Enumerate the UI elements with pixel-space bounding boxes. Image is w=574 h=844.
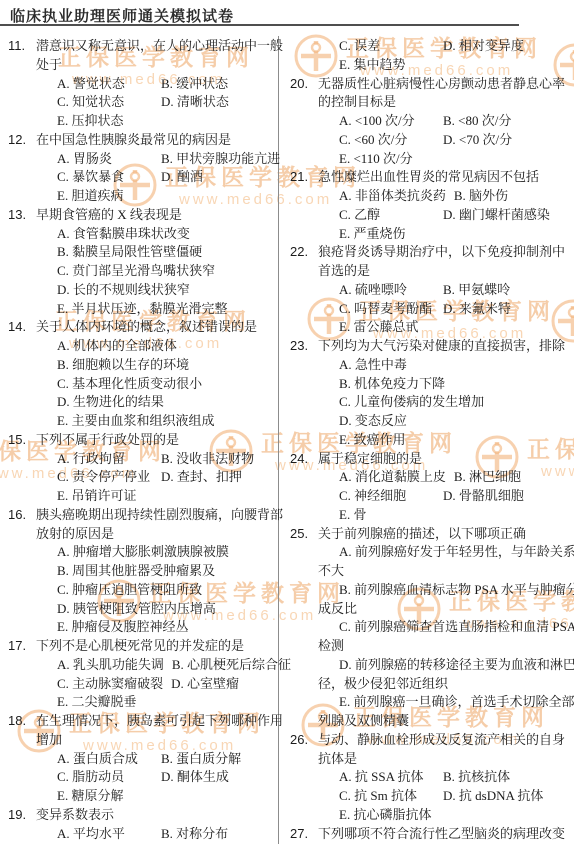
option-line: A. 乳头肌功能失调B. 心肌梗死后综合征	[57, 656, 276, 675]
option-text: E. 主要由血浆和组织液组成	[57, 413, 214, 428]
stem-text: 径，极少侵犯邻近组织	[318, 676, 448, 691]
question-number: 13.	[8, 206, 36, 319]
option-text: E. 前列腺癌一旦确诊，首选手术切除全部前	[339, 694, 574, 709]
stem-text: 急性糜烂出血性胃炎的常见病因不包括	[318, 169, 539, 184]
option-text: C. <60 次/分	[339, 131, 443, 150]
option-line: A. 消化道黏膜上皮B. 淋巴细胞	[339, 468, 573, 487]
question-number: 18.	[8, 712, 36, 806]
question-number: 20.	[290, 75, 318, 169]
option-text: E. 集中趋势	[339, 57, 405, 72]
option-text: D. 长的不规则线状狭窄	[57, 282, 190, 297]
option-text: A. 非甾体类抗炎药	[339, 187, 454, 206]
question-block: 24.属于稳定细胞的是A. 消化道黏膜上皮B. 淋巴细胞C. 神经细胞D. 骨骼…	[290, 450, 573, 525]
stem-text: 下列不是心肌梗死常见的并发症的是	[36, 638, 244, 653]
option-text: E. 严重烧伤	[339, 226, 405, 241]
option-text: B. 缓冲状态	[161, 76, 228, 91]
stem-line: 关于前列腺癌的描述，以下哪项正确	[318, 525, 573, 544]
question-body: 胰头癌晚期出现持续性剧烈腹痛，向腰背部放射的原因是A. 肿瘤增大膨胀刺激胰腺被膜…	[36, 506, 276, 637]
stem-line: 狼疮肾炎诱导期治疗中，以下免疫抑制剂中	[318, 243, 573, 262]
stem-line: 首选的是	[318, 262, 573, 281]
question-body: 变异系数表示A. 平均水平B. 对称分布	[36, 806, 276, 844]
option-text: C. 乙醇	[339, 206, 443, 225]
stem-text: 列腺及双侧精囊	[318, 713, 409, 728]
question-number: 16.	[8, 506, 36, 637]
questions-column-left: 11.潜意识又称无意识，在人的心理活动中一般处于A. 警觉状态B. 缓冲状态C.…	[8, 37, 276, 843]
question-body: C. 误差D. 相对变异度E. 集中趋势	[318, 37, 573, 75]
option-text: B. 前列腺癌血清标志物 PSA 水平与肿瘤分期	[339, 582, 574, 597]
option-text: C. 知觉状态	[57, 93, 161, 112]
option-text: A. <100 次/分	[339, 112, 443, 131]
option-text: C. 抗 Sm 抗体	[339, 787, 443, 806]
option-line: D. 胰管梗阻致管腔内压增高	[57, 600, 276, 619]
option-line: C. 误差D. 相对变异度	[339, 37, 573, 56]
option-text: B. 细胞赖以生存的环境	[57, 357, 189, 372]
option-text: C. 肿瘤压迫胆管梗阻所致	[57, 582, 202, 597]
question-number: 25.	[290, 525, 318, 731]
stem-line: 下列不属于行政处罚的是	[36, 431, 276, 450]
stem-line: 无器质性心脏病慢性心房颤动患者静息心率	[318, 75, 573, 94]
option-text: D. 抗 dsDNA 抗体	[443, 788, 543, 803]
option-text: A. 警觉状态	[57, 75, 161, 94]
stem-line: 关于人体内环境的概念，叙述错误的是	[36, 318, 276, 337]
question-number: 22.	[290, 243, 318, 337]
option-line: E. 严重烧伤	[339, 225, 573, 244]
option-line: B. 黏膜呈局限性管壁僵硬	[57, 243, 276, 262]
option-line: A. 行政拘留B. 没收非法财物	[57, 450, 276, 469]
option-text: A. 平均水平	[57, 825, 161, 844]
option-line: C. 前列腺癌筛查首选直肠指检和血清 PSA	[339, 618, 573, 637]
option-line: C. 儿童佝偻病的发生增加	[339, 393, 573, 412]
option-text: A. 食管黏膜串珠状改变	[57, 226, 190, 241]
option-line: A. 急性中毒	[339, 356, 573, 375]
option-text: D. 相对变异度	[443, 38, 524, 53]
option-text: B. 周围其他脏器受肿瘤累及	[57, 563, 215, 578]
option-line: E. 集中趋势	[339, 56, 573, 75]
option-text: B. 甲氨蝶呤	[443, 282, 510, 297]
stem-text: 放射的原因是	[36, 526, 114, 541]
option-text: A. 前列腺癌好发于年轻男性，与年龄关系	[339, 544, 574, 559]
stem-line: 处于	[36, 56, 276, 75]
question-block: 11.潜意识又称无意识，在人的心理活动中一般处于A. 警觉状态B. 缓冲状态C.…	[8, 37, 276, 131]
option-text: D. 骨骼肌细胞	[443, 488, 524, 503]
stem-text: 变异系数表示	[36, 807, 114, 822]
question-body: 下列不属于行政处罚的是A. 行政拘留B. 没收非法财物C. 责令停产停业D. 查…	[36, 431, 276, 506]
question-block: 17.下列不是心肌梗死常见的并发症的是A. 乳头肌功能失调B. 心肌梗死后综合征…	[8, 637, 276, 712]
option-line: E. 吊销许可证	[57, 487, 276, 506]
option-line: E. 压抑状态	[57, 112, 276, 131]
stem-line: 变异系数表示	[36, 806, 276, 825]
option-text: D. 查封、扣押	[161, 469, 242, 484]
option-text: E. 致癌作用	[339, 432, 405, 447]
question-block: 25.关于前列腺癌的描述，以下哪项正确A. 前列腺癌好发于年轻男性，与年龄关系不…	[290, 525, 573, 731]
option-text: D. <70 次/分	[443, 132, 512, 147]
option-line: C. 吗替麦考酚酯D. 来氟米特	[339, 300, 573, 319]
option-text: A. 胃肠炎	[57, 150, 161, 169]
question-body: 下列哪项不符合流行性乙型脑炎的病理改变	[318, 825, 573, 844]
option-text: E. 吊销许可证	[57, 488, 136, 503]
stem-line: 下列不是心肌梗死常见的并发症的是	[36, 637, 276, 656]
option-text: C. 主动脉窦瘤破裂	[57, 675, 171, 694]
option-line: C. 神经细胞D. 骨骼肌细胞	[339, 487, 573, 506]
stem-line: 检测	[318, 637, 573, 656]
option-line: C. 知觉状态D. 清晰状态	[57, 93, 276, 112]
option-line: C. 抗 Sm 抗体D. 抗 dsDNA 抗体	[339, 787, 573, 806]
option-text: B. <80 次/分	[443, 113, 511, 128]
stem-text: 在中国急性胰腺炎最常见的病因是	[36, 132, 231, 147]
option-text: C. 暴饮暴食	[57, 168, 161, 187]
option-text: C. 吗替麦考酚酯	[339, 300, 443, 319]
option-text: A. 消化道黏膜上皮	[339, 468, 454, 487]
stem-line: 下列均为大气污染对健康的直接损害，排除	[318, 337, 573, 356]
option-text: A. 行政拘留	[57, 450, 161, 469]
option-line: D. 长的不规则线状狭窄	[57, 281, 276, 300]
option-line: A. <100 次/分B. <80 次/分	[339, 112, 573, 131]
stem-line: 的控制目标是	[318, 93, 573, 112]
question-number: 23.	[290, 337, 318, 450]
option-text: D. 酗酒	[161, 169, 203, 184]
stem-text: 无器质性心脏病慢性心房颤动患者静息心率	[318, 76, 565, 91]
option-text: D. 清晰状态	[161, 94, 229, 109]
option-text: D. 生物进化的结果	[57, 394, 164, 409]
option-line: E. 雷公藤总甙	[339, 318, 573, 337]
option-text: B. 黏膜呈局限性管壁僵硬	[57, 244, 202, 259]
option-text: C. 脂肪动员	[57, 768, 161, 787]
option-text: B. 对称分布	[161, 826, 228, 841]
option-line: A. 食管黏膜串珠状改变	[57, 225, 276, 244]
question-body: 与动、静脉血栓形成及反复流产相关的自身抗体是A. 抗 SSA 抗体B. 抗核抗体…	[318, 731, 573, 825]
option-text: C. 神经细胞	[339, 487, 443, 506]
stem-line: 潜意识又称无意识，在人的心理活动中一般	[36, 37, 276, 56]
option-text: E. 抗心磷脂抗体	[339, 807, 431, 822]
question-block: 13.早期食管癌的 X 线表现是A. 食管黏膜串珠状改变B. 黏膜呈局限性管壁僵…	[8, 206, 276, 319]
page-header: 临床执业助理医师通关模拟试卷	[0, 0, 574, 30]
option-text: C. 前列腺癌筛查首选直肠指检和血清 PSA	[339, 619, 574, 634]
question-block: 20.无器质性心脏病慢性心房颤动患者静息心率的控制目标是A. <100 次/分B…	[290, 75, 573, 169]
question-block: 14.关于人体内环境的概念，叙述错误的是A. 机体内的全部液体B. 细胞赖以生存…	[8, 318, 276, 431]
stem-line: 与动、静脉血栓形成及反复流产相关的自身	[318, 731, 573, 750]
option-text: B. 机体免疫力下降	[339, 376, 445, 391]
option-text: A. 急性中毒	[339, 357, 407, 372]
stem-text: 下列哪项不符合流行性乙型脑炎的病理改变	[318, 826, 565, 841]
stem-text: 属于稳定细胞的是	[318, 451, 422, 466]
option-text: B. 甲状旁腺功能亢进	[161, 151, 280, 166]
stem-text: 抗体是	[318, 751, 357, 766]
question-body: 在中国急性胰腺炎最常见的病因是A. 胃肠炎B. 甲状旁腺功能亢进C. 暴饮暴食D…	[36, 131, 276, 206]
option-text: C. 儿童佝偻病的发生增加	[339, 394, 484, 409]
option-text: D. 前列腺癌的转移途径主要为血液和淋巴途	[339, 657, 574, 672]
option-text: A. 硫唑嘌呤	[339, 281, 443, 300]
option-text: C. 贲门部呈光滑鸟嘴状狭窄	[57, 263, 215, 278]
option-text: B. 脑外伤	[454, 188, 508, 203]
question-block: 18.在生理情况下，胰岛素可引起下列哪种作用增加A. 蛋白质合成B. 蛋白质分解…	[8, 712, 276, 806]
option-line: B. 机体免疫力下降	[339, 375, 573, 394]
stem-line: 不大	[318, 562, 573, 581]
option-text: E. 肿瘤侵及腹腔神经丛	[57, 619, 188, 634]
question-block: 19.变异系数表示A. 平均水平B. 对称分布	[8, 806, 276, 844]
option-line: C. 责令停产停业D. 查封、扣押	[57, 468, 276, 487]
option-line: D. 前列腺癌的转移途径主要为血液和淋巴途	[339, 656, 573, 675]
option-text: D. 心室壁瘤	[171, 676, 239, 691]
option-line: B. 细胞赖以生存的环境	[57, 356, 276, 375]
option-line: E. 糖原分解	[57, 787, 276, 806]
question-body: 关于前列腺癌的描述，以下哪项正确A. 前列腺癌好发于年轻男性，与年龄关系不大B.…	[318, 525, 573, 731]
option-line: E. <110 次/分	[339, 150, 573, 169]
option-text: B. 淋巴细胞	[454, 469, 521, 484]
question-number	[290, 37, 318, 75]
question-block: 27.下列哪项不符合流行性乙型脑炎的病理改变	[290, 825, 573, 844]
question-body: 无器质性心脏病慢性心房颤动患者静息心率的控制目标是A. <100 次/分B. <…	[318, 75, 573, 169]
stem-text: 不大	[318, 563, 344, 578]
question-body: 下列均为大气污染对健康的直接损害，排除A. 急性中毒B. 机体免疫力下降C. 儿…	[318, 337, 573, 450]
option-line: E. 前列腺癌一旦确诊，首选手术切除全部前	[339, 693, 573, 712]
stem-line: 在中国急性胰腺炎最常见的病因是	[36, 131, 276, 150]
option-text: D. 来氟米特	[443, 301, 511, 316]
stem-text: 成反比	[318, 601, 357, 616]
option-line: E. 骨	[339, 506, 573, 525]
question-block: C. 误差D. 相对变异度E. 集中趋势	[290, 37, 573, 75]
question-block: 26.与动、静脉血栓形成及反复流产相关的自身抗体是A. 抗 SSA 抗体B. 抗…	[290, 731, 573, 825]
stem-line: 径，极少侵犯邻近组织	[318, 675, 573, 694]
question-number: 15.	[8, 431, 36, 506]
option-text: D. 幽门螺杆菌感染	[443, 207, 550, 222]
question-block: 23.下列均为大气污染对健康的直接损害，排除A. 急性中毒B. 机体免疫力下降C…	[290, 337, 573, 450]
option-text: D. 胰管梗阻致管腔内压增高	[57, 601, 216, 616]
option-text: E. 糖原分解	[57, 788, 123, 803]
question-number: 14.	[8, 318, 36, 431]
option-line: B. 周围其他脏器受肿瘤累及	[57, 562, 276, 581]
option-line: C. <60 次/分D. <70 次/分	[339, 131, 573, 150]
option-line: C. 基本理化性质变动很小	[57, 375, 276, 394]
stem-text: 下列均为大气污染对健康的直接损害，排除	[318, 338, 565, 353]
option-line: A. 蛋白质合成B. 蛋白质分解	[57, 750, 276, 769]
option-line: A. 平均水平B. 对称分布	[57, 825, 276, 844]
option-text: E. 胆道疾病	[57, 188, 123, 203]
stem-text: 关于前列腺癌的描述，以下哪项正确	[318, 526, 526, 541]
question-number: 24.	[290, 450, 318, 525]
question-block: 16.胰头癌晚期出现持续性剧烈腹痛，向腰背部放射的原因是A. 肿瘤增大膨胀刺激胰…	[8, 506, 276, 637]
option-text: D. 变态反应	[339, 413, 407, 428]
option-text: E. 半月状压迹，黏膜光滑完整	[57, 301, 227, 316]
option-text: A. 乳头肌功能失调	[57, 656, 172, 675]
option-line: E. 抗心磷脂抗体	[339, 806, 573, 825]
question-body: 属于稳定细胞的是A. 消化道黏膜上皮B. 淋巴细胞C. 神经细胞D. 骨骼肌细胞…	[318, 450, 573, 525]
option-text: C. 责令停产停业	[57, 468, 161, 487]
option-line: A. 胃肠炎B. 甲状旁腺功能亢进	[57, 150, 276, 169]
stem-line: 下列哪项不符合流行性乙型脑炎的病理改变	[318, 825, 573, 844]
exam-page: 正保医学教育网www.med66.com正保医学教育网www.med66.com…	[0, 0, 574, 844]
stem-text: 处于	[36, 57, 62, 72]
option-text: B. 抗核抗体	[443, 769, 510, 784]
stem-line: 早期食管癌的 X 线表现是	[36, 206, 276, 225]
option-line: D. 生物进化的结果	[57, 393, 276, 412]
page-title: 临床执业助理医师通关模拟试卷	[10, 5, 234, 26]
question-block: 12.在中国急性胰腺炎最常见的病因是A. 胃肠炎B. 甲状旁腺功能亢进C. 暴饮…	[8, 131, 276, 206]
option-line: A. 警觉状态B. 缓冲状态	[57, 75, 276, 94]
stem-line: 增加	[36, 731, 276, 750]
option-text: D. 酮体生成	[161, 769, 229, 784]
stem-text: 首选的是	[318, 263, 370, 278]
stem-text: 胰头癌晚期出现持续性剧烈腹痛，向腰背部	[36, 507, 283, 522]
stem-text: 狼疮肾炎诱导期治疗中，以下免疫抑制剂中	[318, 244, 565, 259]
stem-text: 关于人体内环境的概念，叙述错误的是	[36, 319, 257, 334]
question-number: 26.	[290, 731, 318, 825]
question-body: 下列不是心肌梗死常见的并发症的是A. 乳头肌功能失调B. 心肌梗死后综合征C. …	[36, 637, 276, 712]
option-text: E. <110 次/分	[339, 151, 413, 166]
option-line: D. 变态反应	[339, 412, 573, 431]
stem-text: 检测	[318, 638, 344, 653]
question-number: 12.	[8, 131, 36, 206]
option-text: C. 误差	[339, 37, 443, 56]
question-number: 27.	[290, 825, 318, 844]
option-line: A. 前列腺癌好发于年轻男性，与年龄关系	[339, 543, 573, 562]
option-text: E. 二尖瓣脱垂	[57, 694, 136, 709]
option-line: C. 主动脉窦瘤破裂D. 心室壁瘤	[57, 675, 276, 694]
stem-line: 急性糜烂出血性胃炎的常见病因不包括	[318, 168, 573, 187]
question-number: 19.	[8, 806, 36, 844]
title-underline	[0, 24, 519, 26]
option-line: A. 肿瘤增大膨胀刺激胰腺被膜	[57, 543, 276, 562]
option-text: B. 没收非法财物	[161, 451, 254, 466]
option-line: A. 抗 SSA 抗体B. 抗核抗体	[339, 768, 573, 787]
option-line: A. 硫唑嘌呤B. 甲氨蝶呤	[339, 281, 573, 300]
option-line: E. 胆道疾病	[57, 187, 276, 206]
stem-line: 放射的原因是	[36, 525, 276, 544]
question-number: 21.	[290, 168, 318, 243]
option-text: B. 蛋白质分解	[161, 751, 241, 766]
option-line: C. 乙醇D. 幽门螺杆菌感染	[339, 206, 573, 225]
stem-line: 胰头癌晚期出现持续性剧烈腹痛，向腰背部	[36, 506, 276, 525]
stem-text: 增加	[36, 732, 62, 747]
option-line: C. 暴饮暴食D. 酗酒	[57, 168, 276, 187]
option-text: C. 基本理化性质变动很小	[57, 376, 202, 391]
stem-text: 下列不属于行政处罚的是	[36, 432, 179, 447]
option-line: C. 脂肪动员D. 酮体生成	[57, 768, 276, 787]
stem-text: 的控制目标是	[318, 94, 396, 109]
stem-text: 潜意识又称无意识，在人的心理活动中一般	[36, 38, 283, 53]
option-line: B. 前列腺癌血清标志物 PSA 水平与肿瘤分期	[339, 581, 573, 600]
option-line: E. 二尖瓣脱垂	[57, 693, 276, 712]
option-text: E. 骨	[339, 507, 366, 522]
option-line: C. 贲门部呈光滑鸟嘴状狭窄	[57, 262, 276, 281]
question-body: 潜意识又称无意识，在人的心理活动中一般处于A. 警觉状态B. 缓冲状态C. 知觉…	[36, 37, 276, 131]
option-line: E. 半月状压迹，黏膜光滑完整	[57, 300, 276, 319]
questions-column-right: C. 误差D. 相对变异度E. 集中趋势20.无器质性心脏病慢性心房颤动患者静息…	[290, 37, 573, 843]
stem-line: 成反比	[318, 600, 573, 619]
option-line: A. 非甾体类抗炎药B. 脑外伤	[339, 187, 573, 206]
stem-line: 列腺及双侧精囊	[318, 712, 573, 731]
stem-line: 抗体是	[318, 750, 573, 769]
question-body: 关于人体内环境的概念，叙述错误的是A. 机体内的全部液体B. 细胞赖以生存的环境…	[36, 318, 276, 431]
option-line: E. 致癌作用	[339, 431, 573, 450]
question-body: 狼疮肾炎诱导期治疗中，以下免疫抑制剂中首选的是A. 硫唑嘌呤B. 甲氨蝶呤C. …	[318, 243, 573, 337]
question-block: 15.下列不属于行政处罚的是A. 行政拘留B. 没收非法财物C. 责令停产停业D…	[8, 431, 276, 506]
question-body: 早期食管癌的 X 线表现是A. 食管黏膜串珠状改变B. 黏膜呈局限性管壁僵硬C.…	[36, 206, 276, 319]
option-line: A. 机体内的全部液体	[57, 337, 276, 356]
option-line: C. 肿瘤压迫胆管梗阻所致	[57, 581, 276, 600]
option-text: A. 抗 SSA 抗体	[339, 768, 443, 787]
option-text: E. 压抑状态	[57, 113, 123, 128]
question-number: 11.	[8, 37, 36, 131]
stem-text: 早期食管癌的 X 线表现是	[36, 207, 182, 222]
question-block: 21.急性糜烂出血性胃炎的常见病因不包括A. 非甾体类抗炎药B. 脑外伤C. 乙…	[290, 168, 573, 243]
question-body: 在生理情况下，胰岛素可引起下列哪种作用增加A. 蛋白质合成B. 蛋白质分解C. …	[36, 712, 276, 806]
option-text: B. 心肌梗死后综合征	[172, 657, 291, 672]
option-line: E. 肿瘤侵及腹腔神经丛	[57, 618, 276, 637]
question-block: 22.狼疮肾炎诱导期治疗中，以下免疫抑制剂中首选的是A. 硫唑嘌呤B. 甲氨蝶呤…	[290, 243, 573, 337]
question-number: 17.	[8, 637, 36, 712]
stem-text: 与动、静脉血栓形成及反复流产相关的自身	[318, 732, 565, 747]
option-text: A. 蛋白质合成	[57, 750, 161, 769]
option-text: A. 肿瘤增大膨胀刺激胰腺被膜	[57, 544, 229, 559]
option-text: A. 机体内的全部液体	[57, 338, 177, 353]
question-body: 急性糜烂出血性胃炎的常见病因不包括A. 非甾体类抗炎药B. 脑外伤C. 乙醇D.…	[318, 168, 573, 243]
stem-text: 在生理情况下，胰岛素可引起下列哪种作用	[36, 713, 283, 728]
stem-line: 在生理情况下，胰岛素可引起下列哪种作用	[36, 712, 276, 731]
option-line: E. 主要由血浆和组织液组成	[57, 412, 276, 431]
stem-line: 属于稳定细胞的是	[318, 450, 573, 469]
option-text: E. 雷公藤总甙	[339, 319, 418, 334]
